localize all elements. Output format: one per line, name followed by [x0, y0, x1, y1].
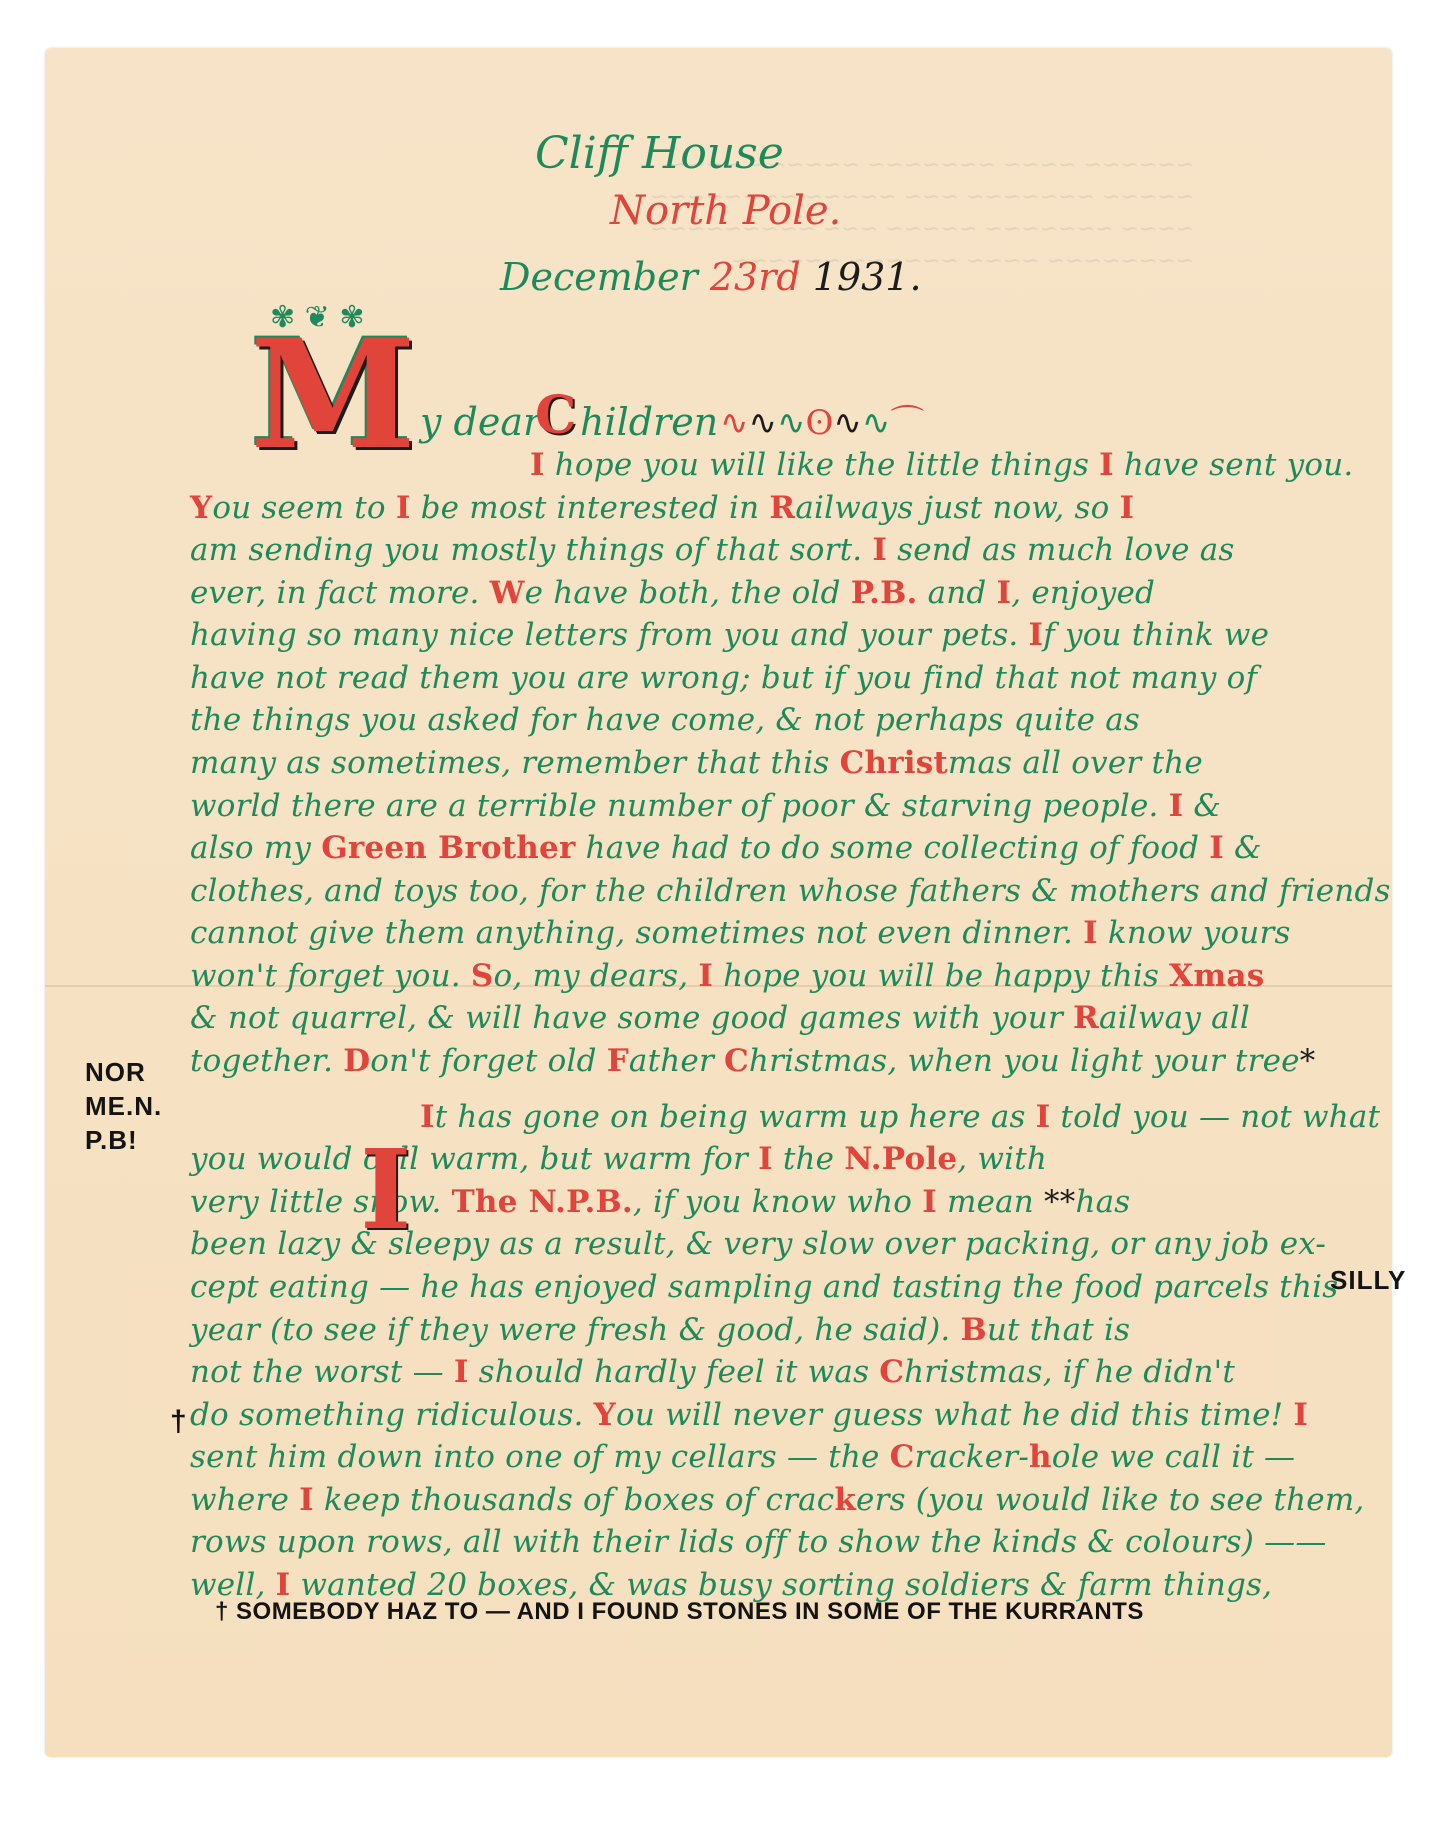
line-text: clothes, and toys too, for the children …: [190, 873, 1391, 909]
line-text: am sending you mostly things of that sor…: [190, 532, 872, 568]
line-text: on't forget old: [370, 1043, 606, 1079]
salutation-flourish: ∿∿∿ʘ∿∿⌒: [720, 395, 924, 444]
line-text: mean: [937, 1184, 1044, 1220]
letter-line: ever, in fact more. We have both, the ol…: [190, 575, 1155, 611]
decorated-capital: R: [769, 490, 795, 526]
line-text: send as much love as: [887, 532, 1234, 568]
decorated-capital: S: [471, 958, 494, 994]
initial-flourish-icon: ✾ ❦ ✾: [270, 300, 364, 335]
letter-line: You seem to I be most interested in Rail…: [190, 490, 1134, 526]
line-text: won't forget you.: [190, 958, 471, 994]
line-text: o, my dears,: [494, 958, 699, 994]
line-text: ailway all: [1099, 1000, 1250, 1036]
decorated-capital: N.Pole: [844, 1141, 957, 1177]
letter-line: am sending you mostly things of that sor…: [190, 532, 1235, 568]
address-line-1: Cliff House: [535, 120, 784, 181]
line-text: , enjoyed: [1011, 575, 1155, 611]
letter-line: having so many nice letters from you and…: [190, 617, 1269, 653]
decorated-capital: Y: [190, 490, 212, 526]
illuminated-initial-m: M: [250, 320, 416, 470]
decorated-capital: C: [724, 1043, 749, 1079]
letter-line: very little snow. The N.P.B., if you kno…: [190, 1184, 1130, 1220]
line-text: cept eating — he has enjoyed sampling an…: [190, 1269, 1338, 1305]
line-text: ers (you would like to see them,: [856, 1482, 1364, 1518]
salutation-dear: y dear: [420, 400, 541, 444]
letter-line: not the worst — I should hardly feel it …: [190, 1354, 1235, 1390]
line-text: t has gone on being warm up here as: [435, 1099, 1036, 1135]
decorated-capital: Green Brother: [321, 830, 575, 866]
annotation-mark: *: [1300, 1043, 1316, 1079]
date-day: 23rd: [710, 255, 801, 299]
letter-line: the things you asked for have come, & no…: [190, 702, 1140, 738]
decorated-capital: k: [834, 1482, 856, 1518]
letter-line: many as sometimes, remember that this Ch…: [190, 745, 1203, 781]
decorated-capital: I: [420, 1099, 435, 1135]
line-text: hope you will be happy this: [713, 958, 1169, 994]
date-year: 1931.: [813, 255, 922, 299]
letter-line: year (to see if they were fresh & good, …: [190, 1312, 1130, 1348]
line-text: e have both, the old: [525, 575, 851, 611]
line-text: ole we call it —: [1052, 1439, 1295, 1475]
line-text: have not read them you are wrong; but if…: [190, 660, 1257, 696]
line-text: many as sometimes, remember that this: [190, 745, 840, 781]
illuminated-initial-i: I: [360, 1125, 411, 1254]
letter-line: have not read them you are wrong; but if…: [190, 660, 1257, 696]
line-text: ever, in fact more.: [190, 575, 490, 611]
line-text: having so many nice letters from you and…: [190, 617, 1029, 653]
letter-line: you would call warm, but warm for I the …: [190, 1141, 1047, 1177]
decorated-capital: I: [922, 1184, 937, 1220]
line-text: ailways just now, so: [795, 490, 1119, 526]
line-text: also my: [190, 830, 321, 866]
letter-line: It has gone on being warm up here as I t…: [420, 1099, 1380, 1135]
line-text: told you — not what: [1050, 1099, 1380, 1135]
decorated-capital: I: [530, 447, 545, 483]
line-text: should hardly feel it was: [469, 1354, 880, 1390]
decorated-capital: I: [698, 958, 713, 994]
line-text: &: [1224, 830, 1262, 866]
line-text: , if you know who: [633, 1184, 922, 1220]
line-text: together.: [190, 1043, 343, 1079]
decorated-capital: The N.P.B.: [452, 1184, 633, 1220]
address-line-2: North Pole.: [610, 188, 841, 234]
letter-line: also my Green Brother have had to do som…: [190, 830, 1262, 866]
line-text: world there are a terrible number of poo…: [190, 788, 1169, 824]
letter-line: cept eating — he has enjoyed sampling an…: [190, 1269, 1338, 1305]
line-text: do something ridiculous.: [190, 1397, 594, 1433]
children-initial-c: C: [535, 385, 576, 446]
line-text: the things you asked for have come, & no…: [190, 702, 1140, 738]
line-text: hristmas, when you light your tree: [749, 1043, 1300, 1079]
line-text: year (to see if they were fresh & good, …: [190, 1312, 960, 1348]
decorated-capital: I: [1169, 788, 1184, 824]
decorated-capital: Y: [594, 1397, 616, 1433]
line-text: ather: [629, 1043, 724, 1079]
decorated-capital: F: [607, 1043, 629, 1079]
decorated-capital: Xmas: [1169, 958, 1264, 994]
margin-note-silly: SILLY: [1330, 1265, 1406, 1296]
decorated-capital: W: [490, 575, 525, 611]
letter-date: December 23rd 1931.: [500, 255, 922, 299]
letter-line: together. Don't forget old Father Christ…: [190, 1043, 1315, 1079]
line-text: not the worst —: [190, 1354, 454, 1390]
address-house-name: Cliff House: [535, 128, 784, 179]
line-text: hope you will like the little things: [545, 447, 1099, 483]
line-text: cannot give them anything, sometimes not…: [190, 915, 1083, 951]
line-text: where: [190, 1482, 299, 1518]
decorated-capital: Christ: [840, 745, 948, 781]
decorated-capital: I: [1036, 1099, 1051, 1135]
salutation-children: hildren: [580, 400, 718, 444]
annotation-mark: **: [1044, 1184, 1075, 1220]
decorated-capital: C: [879, 1354, 904, 1390]
line-text: have had to do some collecting of food: [576, 830, 1210, 866]
letter-line: world there are a terrible number of poo…: [190, 788, 1221, 824]
line-text: rows upon rows, all with their lids off …: [190, 1524, 1327, 1560]
line-text: ou will never guess what he did this tim…: [616, 1397, 1293, 1433]
line-text: f you think we: [1043, 617, 1269, 653]
decorated-capital: I: [1293, 1397, 1308, 1433]
line-text: & not quarrel, & will have some good gam…: [190, 1000, 1073, 1036]
line-text: you would call warm, but warm for: [190, 1141, 758, 1177]
decorated-capital: I: [1083, 915, 1098, 951]
line-text: has: [1075, 1184, 1130, 1220]
footnote-polar-bear: † SOMEBODY HAZ TO — AND I FOUND STONES I…: [215, 1598, 1144, 1626]
decorated-capital: I: [872, 532, 887, 568]
line-text: ou seem to: [212, 490, 396, 526]
line-text: , with: [957, 1141, 1047, 1177]
decorated-capital: C: [890, 1439, 915, 1475]
decorated-capital: I: [1209, 830, 1224, 866]
line-text: the: [773, 1141, 844, 1177]
decorated-capital: P.B.: [851, 575, 918, 611]
letter-line: cannot give them anything, sometimes not…: [190, 915, 1291, 951]
line-text: sent him down into one of my cellars — t…: [190, 1439, 890, 1475]
decorated-capital: I: [1120, 490, 1135, 526]
decorated-capital: I: [1029, 617, 1044, 653]
decorated-capital: D: [343, 1043, 370, 1079]
margin-note-left: NOR ME.N. P.B!: [85, 1055, 162, 1157]
line-text: very little snow.: [190, 1184, 452, 1220]
decorated-capital: R: [1073, 1000, 1099, 1036]
line-text: racker-: [915, 1439, 1030, 1475]
dagger-mark: †: [170, 1405, 188, 1439]
line-text: and: [918, 575, 997, 611]
line-text: ut that is: [987, 1312, 1130, 1348]
line-text: have sent you.: [1114, 447, 1354, 483]
date-month: December: [500, 255, 698, 299]
decorated-capital: I: [396, 490, 411, 526]
line-text: be most interested in: [411, 490, 770, 526]
line-text: keep thousands of boxes of crac: [314, 1482, 835, 1518]
decorated-capital: I: [1099, 447, 1114, 483]
line-text: &: [1183, 788, 1221, 824]
line-text: hristmas, if he didn't: [904, 1354, 1235, 1390]
line-text: mas all over the: [948, 745, 1203, 781]
letter-line: do something ridiculous. You will never …: [190, 1397, 1308, 1433]
decorated-capital: I: [758, 1141, 773, 1177]
decorated-capital: B: [960, 1312, 986, 1348]
line-text: know yours: [1098, 915, 1291, 951]
letter-line: & not quarrel, & will have some good gam…: [190, 1000, 1250, 1036]
letter-line: I hope you will like the little things I…: [530, 447, 1353, 483]
decorated-capital: I: [299, 1482, 314, 1518]
letter-line: where I keep thousands of boxes of crack…: [190, 1482, 1365, 1518]
letter-line: sent him down into one of my cellars — t…: [190, 1439, 1295, 1475]
decorated-capital: h: [1029, 1439, 1052, 1475]
letter-line: rows upon rows, all with their lids off …: [190, 1524, 1327, 1560]
letter-line: clothes, and toys too, for the children …: [190, 873, 1391, 909]
letter-line: won't forget you. So, my dears, I hope y…: [190, 958, 1264, 994]
decorated-capital: I: [997, 575, 1012, 611]
decorated-capital: I: [454, 1354, 469, 1390]
